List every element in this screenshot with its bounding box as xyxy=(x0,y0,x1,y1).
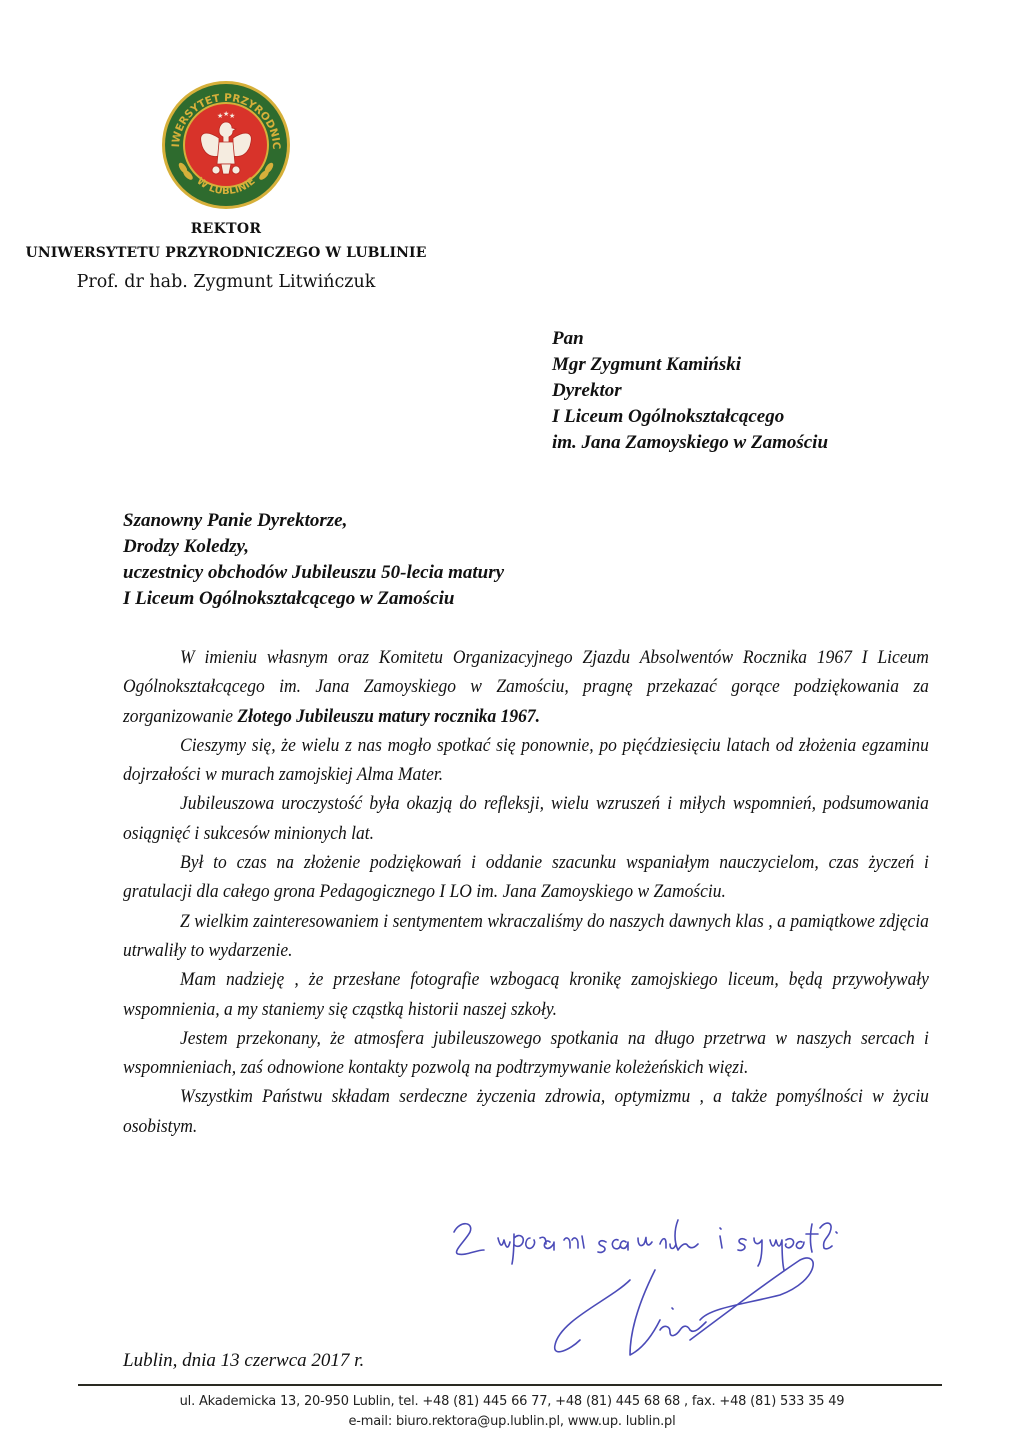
addressee-line: I Liceum Ogólnokształcącego xyxy=(552,404,828,430)
rector-name: Prof. dr hab. Zygmunt Litwińczuk xyxy=(0,266,452,298)
addressee-line: Pan xyxy=(552,326,828,352)
paragraph: Jestem przekonany, że atmosfera jubileus… xyxy=(123,1024,929,1083)
university-name: UNIWERSYTETU PRZYRODNICZEGO W LUBLINIE xyxy=(0,240,452,266)
footer-contact: e-mail: biuro.rektora@up.lublin.pl, www.… xyxy=(0,1412,1024,1432)
addressee-block: Pan Mgr Zygmunt Kamiński Dyrektor I Lice… xyxy=(552,326,828,456)
rector-title: REKTOR xyxy=(0,218,452,240)
letter-date: Lublin, dnia 13 czerwca 2017 r. xyxy=(123,1350,364,1372)
university-logo: UNIWERSYTET PRZYRODNICZY W LUBLINIE ★★★ xyxy=(161,80,291,210)
salutation-line: I Liceum Ogólnokształcącego w Zamościu xyxy=(123,586,504,612)
svg-text:★: ★ xyxy=(229,112,235,120)
paragraph: Jubileuszowa uroczystość była okazją do … xyxy=(123,789,929,848)
salutation-line: uczestnicy obchodów Jubileuszu 50-lecia … xyxy=(123,560,504,586)
paragraph: Był to czas na złożenie podziękowań i od… xyxy=(123,848,929,907)
footer-divider xyxy=(78,1384,942,1386)
paragraph: Mam nadzieję , że przesłane fotografie w… xyxy=(123,965,929,1024)
addressee-line: im. Jana Zamoyskiego w Zamościu xyxy=(552,430,828,456)
letter-body: W imieniu własnym oraz Komitetu Organiza… xyxy=(123,643,929,1141)
highlight-text: Złotego Jubileuszu matury rocznika 1967. xyxy=(237,706,540,727)
footer-address: ul. Akademicka 13, 20-950 Lublin, tel. +… xyxy=(0,1392,1024,1412)
salutation-line: Drodzy Koledzy, xyxy=(123,534,504,560)
footer: ul. Akademicka 13, 20-950 Lublin, tel. +… xyxy=(0,1392,1024,1432)
handwritten-signature xyxy=(440,1200,940,1375)
paragraph: Cieszymy się, że wielu z nas mogło spotk… xyxy=(123,731,929,790)
paragraph: W imieniu własnym oraz Komitetu Organiza… xyxy=(123,643,929,731)
salutation-line: Szanowny Panie Dyrektorze, xyxy=(123,508,504,534)
signature-icon xyxy=(440,1200,940,1375)
university-emblem-icon: UNIWERSYTET PRZYRODNICZY W LUBLINIE ★★★ xyxy=(161,80,291,210)
addressee-line: Mgr Zygmunt Kamiński xyxy=(552,352,828,378)
addressee-line: Dyrektor xyxy=(552,378,828,404)
letterhead: REKTOR UNIWERSYTETU PRZYRODNICZEGO W LUB… xyxy=(0,218,452,298)
salutation-block: Szanowny Panie Dyrektorze, Drodzy Koledz… xyxy=(123,508,504,612)
paragraph: Z wielkim zainteresowaniem i sentymentem… xyxy=(123,907,929,966)
paragraph: Wszystkim Państwu składam serdeczne życz… xyxy=(123,1082,929,1141)
